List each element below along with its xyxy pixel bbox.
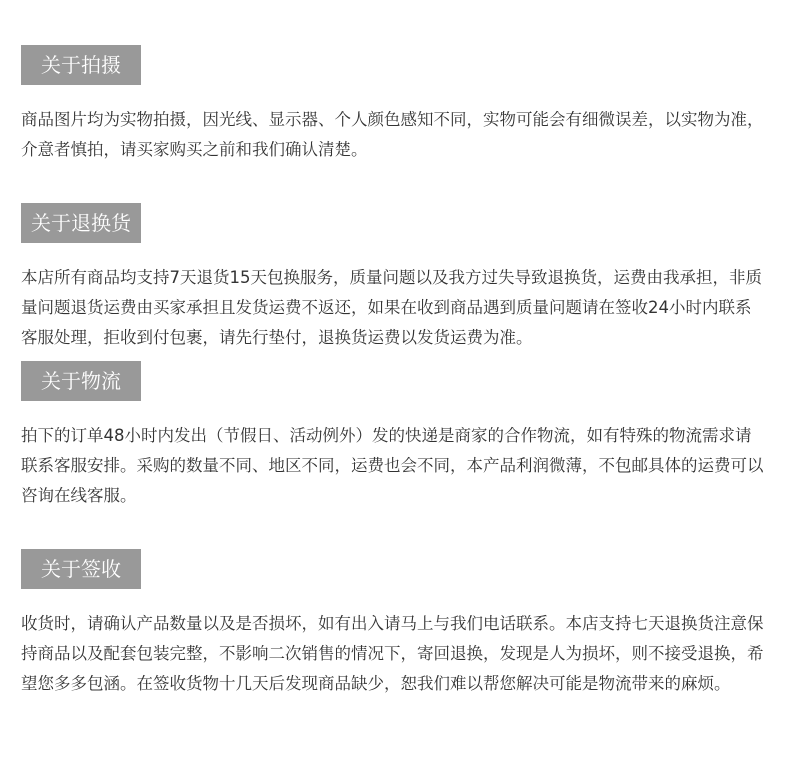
section-heading-returns: 关于退换货 <box>21 203 141 243</box>
section-body-photography: 商品图片均为实物拍摄，因光线、显示器、个人颜色感知不同，实物可能会有细微误差，以… <box>21 105 766 165</box>
section-heading-logistics: 关于物流 <box>21 361 141 401</box>
section-heading-receipt: 关于签收 <box>21 549 141 589</box>
section-body-receipt: 收货时，请确认产品数量以及是否损坏，如有出入请马上与我们电话联系。本店支持七天退… <box>21 609 766 699</box>
section-body-returns: 本店所有商品均支持7天退货15天包换服务，质量问题以及我方过失导致退换货，运费由… <box>21 263 766 353</box>
section-heading-photography: 关于拍摄 <box>21 45 141 85</box>
section-body-logistics: 拍下的订单48小时内发出（节假日、活动例外）发的快递是商家的合作物流，如有特殊的… <box>21 421 766 511</box>
